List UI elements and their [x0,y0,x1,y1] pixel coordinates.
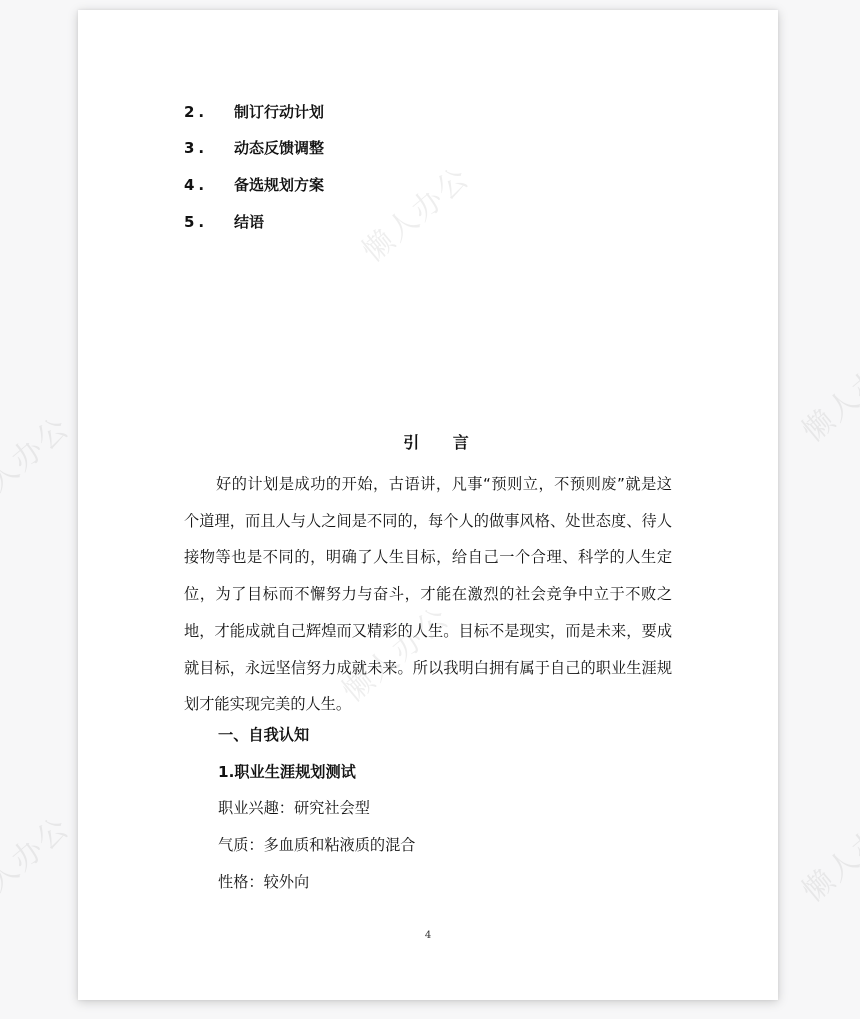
attribute-line: 气质：多血质和粘液质的混合 [218,835,415,855]
intro-heading: 引 言 [78,430,778,453]
toc-item: 4.备选规划方案 [184,175,324,195]
toc-number: 2. [184,102,234,122]
toc-label: 动态反馈调整 [234,139,324,157]
watermark: 懒人办公 [791,794,860,910]
toc-item: 2.制订行动计划 [184,102,324,122]
toc-item: 5.结语 [184,212,264,232]
watermark: 懒人办公 [791,334,860,450]
watermark: 懒人办公 [0,404,77,520]
section-heading: 一、自我认知 [218,725,309,745]
toc-item: 3.动态反馈调整 [184,138,324,158]
toc-label: 制订行动计划 [234,103,324,121]
toc-label: 结语 [234,213,264,231]
attribute-line: 性格：较外向 [218,872,309,892]
toc-label: 备选规划方案 [234,176,324,194]
watermark: 懒人办公 [0,804,77,920]
document-page: 2.制订行动计划 3.动态反馈调整 4.备选规划方案 5.结语 引 言 好的计划… [78,10,778,1000]
intro-paragraph: 好的计划是成功的开始，古语讲，凡事“预则立，不预则废”就是这个道理，而且人与人之… [184,466,672,723]
toc-number: 4. [184,175,234,195]
page-number: 4 [78,930,778,941]
attribute-line: 职业兴趣：研究社会型 [218,798,370,818]
toc-number: 3. [184,138,234,158]
toc-number: 5. [184,212,234,232]
subsection-heading: 1.职业生涯规划测试 [218,762,356,782]
